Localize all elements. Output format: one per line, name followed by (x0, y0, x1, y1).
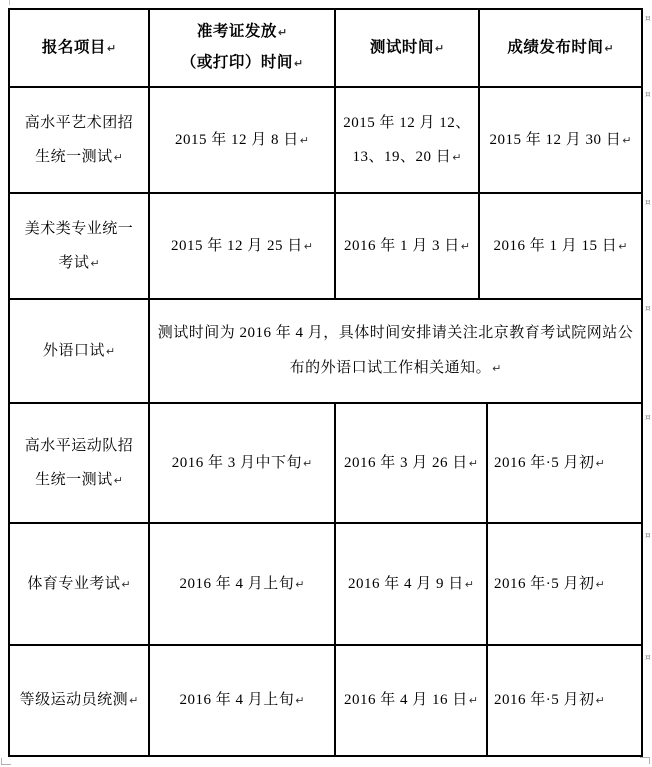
row5-project-text: 体育专业考试 (27, 576, 120, 592)
cell-row4-ticket: 2016 年 3 月中下旬↵ (150, 404, 336, 524)
return-mark-icon: ↵ (461, 240, 470, 253)
row2-ticket-text: 2015 年 12 月 25 日 (171, 238, 303, 254)
row3-project-text: 外语口试 (43, 343, 105, 359)
return-mark-icon: ↵ (304, 240, 313, 253)
return-mark-icon: ↵ (294, 57, 303, 70)
return-mark-icon: ↵ (107, 42, 116, 55)
return-mark-icon: ↵ (596, 694, 605, 707)
return-mark-icon: ↵ (303, 457, 312, 470)
return-mark-icon: ↵ (622, 134, 631, 147)
text-boundary-mark (9, 0, 10, 5)
header-project-label: 报名项目 (42, 39, 106, 56)
cell-row4-project: 高水平运动队招 生统一测试↵ (10, 404, 150, 524)
header-cell-ticket-time: 准考证发放↵（或打印）时间↵ (150, 10, 336, 88)
cell-row2-project: 美术类专业统一 考试↵ (10, 194, 150, 300)
return-mark-icon: ↵ (121, 578, 130, 591)
return-mark-icon: ↵ (129, 694, 138, 707)
return-mark-icon: ↵ (469, 457, 478, 470)
return-mark-icon: ↵ (596, 457, 605, 470)
row1-result-text: 2015 年 12 月 30 日 (490, 132, 622, 148)
row6-result-text: 2016 年·5 月初 (494, 692, 595, 708)
row4-test-text: 2016 年 3 月 26 日 (344, 455, 468, 471)
return-mark-icon: ↵ (492, 362, 501, 375)
row6-project-text: 等级运动员统测 (20, 692, 129, 708)
header-test-label: 测试时间 (370, 39, 434, 56)
cell-row3-project: 外语口试↵ (10, 300, 150, 404)
end-of-row-mark-icon: ¤ (645, 14, 651, 24)
cell-row1-project: 高水平艺术团招 生统一测试↵ (10, 88, 150, 194)
cell-row4-result: 2016 年·5 月初↵ (488, 404, 643, 524)
return-mark-icon: ↵ (295, 578, 304, 591)
text-boundary-mark (640, 757, 650, 764)
cell-row2-result: 2016 年 1 月 15 日↵ (480, 194, 643, 300)
cell-row5-result: 2016 年·5 月初↵ (488, 524, 643, 646)
end-of-row-mark-icon: ¤ (645, 198, 651, 208)
row2-project-text: 美术类专业统一 考试 (25, 221, 134, 271)
document-page: 报名项目↵ 准考证发放↵（或打印）时间↵ 测试时间↵ 成绩发布时间↵ 高水平艺术… (0, 0, 652, 767)
cell-row3-note-merged: 测试时间为 2016 年 4 月，具体时间安排请关注北京教育考试院网站公 布的外… (150, 300, 643, 404)
return-mark-icon: ↵ (465, 578, 474, 591)
row5-result-text: 2016 年·5 月初 (494, 576, 595, 592)
end-of-row-mark-icon: ¤ (645, 90, 651, 100)
return-mark-icon: ↵ (596, 578, 605, 591)
cell-row5-project: 体育专业考试↵ (10, 524, 150, 646)
return-mark-icon: ↵ (469, 694, 478, 707)
text-boundary-mark (1, 758, 11, 765)
cell-row6-project: 等级运动员统测↵ (10, 646, 150, 757)
return-mark-icon: ↵ (114, 474, 123, 487)
return-mark-icon: ↵ (90, 257, 99, 270)
return-mark-icon: ↵ (106, 345, 115, 358)
return-mark-icon: ↵ (452, 151, 461, 164)
header-ticket-line1: 准考证发放 (197, 23, 277, 40)
row2-result-text: 2016 年 1 月 15 日 (494, 238, 618, 254)
cell-row5-ticket: 2016 年 4 月上旬↵ (150, 524, 336, 646)
row6-ticket-text: 2016 年 4 月上旬 (180, 692, 295, 708)
return-mark-icon: ↵ (435, 42, 444, 55)
cell-row5-test: 2016 年 4 月 9 日↵ (336, 524, 488, 646)
row3-note-text: 测试时间为 2016 年 4 月，具体时间安排请关注北京教育考试院网站公 布的外… (158, 325, 634, 376)
return-mark-icon: ↵ (295, 694, 304, 707)
cell-row2-test: 2016 年 1 月 3 日↵ (336, 194, 480, 300)
cell-row1-test: 2015 年 12 月 12、 13、19、20 日↵ (336, 88, 480, 194)
header-result-label: 成绩发布时间 (507, 39, 603, 56)
return-mark-icon: ↵ (114, 151, 123, 164)
end-of-row-mark-icon: ¤ (645, 531, 651, 541)
end-of-row-mark-icon: ¤ (645, 304, 651, 314)
return-mark-icon: ↵ (300, 134, 309, 147)
exam-schedule-table: 报名项目↵ 准考证发放↵（或打印）时间↵ 测试时间↵ 成绩发布时间↵ 高水平艺术… (8, 8, 643, 757)
return-mark-icon: ↵ (278, 26, 287, 39)
end-of-row-mark-icon: ¤ (645, 653, 651, 663)
row6-test-text: 2016 年 4 月 16 日 (344, 692, 468, 708)
return-mark-icon: ↵ (618, 240, 627, 253)
cell-row1-ticket: 2015 年 12 月 8 日↵ (150, 88, 336, 194)
cell-row6-test: 2016 年 4 月 16 日↵ (336, 646, 488, 757)
row4-ticket-text: 2016 年 3 月中下旬 (172, 455, 302, 471)
header-cell-test-time: 测试时间↵ (336, 10, 480, 88)
return-mark-icon: ↵ (604, 42, 613, 55)
end-of-row-mark-icon: ¤ (645, 413, 651, 423)
row2-test-text: 2016 年 1 月 3 日 (344, 238, 460, 254)
cell-row4-test: 2016 年 3 月 26 日↵ (336, 404, 488, 524)
header-cell-project: 报名项目↵ (10, 10, 150, 88)
cell-row6-result: 2016 年·5 月初↵ (488, 646, 643, 757)
header-ticket-line2: （或打印）时间 (181, 54, 293, 71)
row5-ticket-text: 2016 年 4 月上旬 (180, 576, 295, 592)
row1-ticket-text: 2015 年 12 月 8 日 (175, 132, 299, 148)
row4-result-text: 2016 年·5 月初 (494, 455, 595, 471)
row5-test-text: 2016 年 4 月 9 日 (348, 576, 464, 592)
header-cell-result-time: 成绩发布时间↵ (480, 10, 643, 88)
cell-row1-result: 2015 年 12 月 30 日↵ (480, 88, 643, 194)
cell-row6-ticket: 2016 年 4 月上旬↵ (150, 646, 336, 757)
cell-row2-ticket: 2015 年 12 月 25 日↵ (150, 194, 336, 300)
